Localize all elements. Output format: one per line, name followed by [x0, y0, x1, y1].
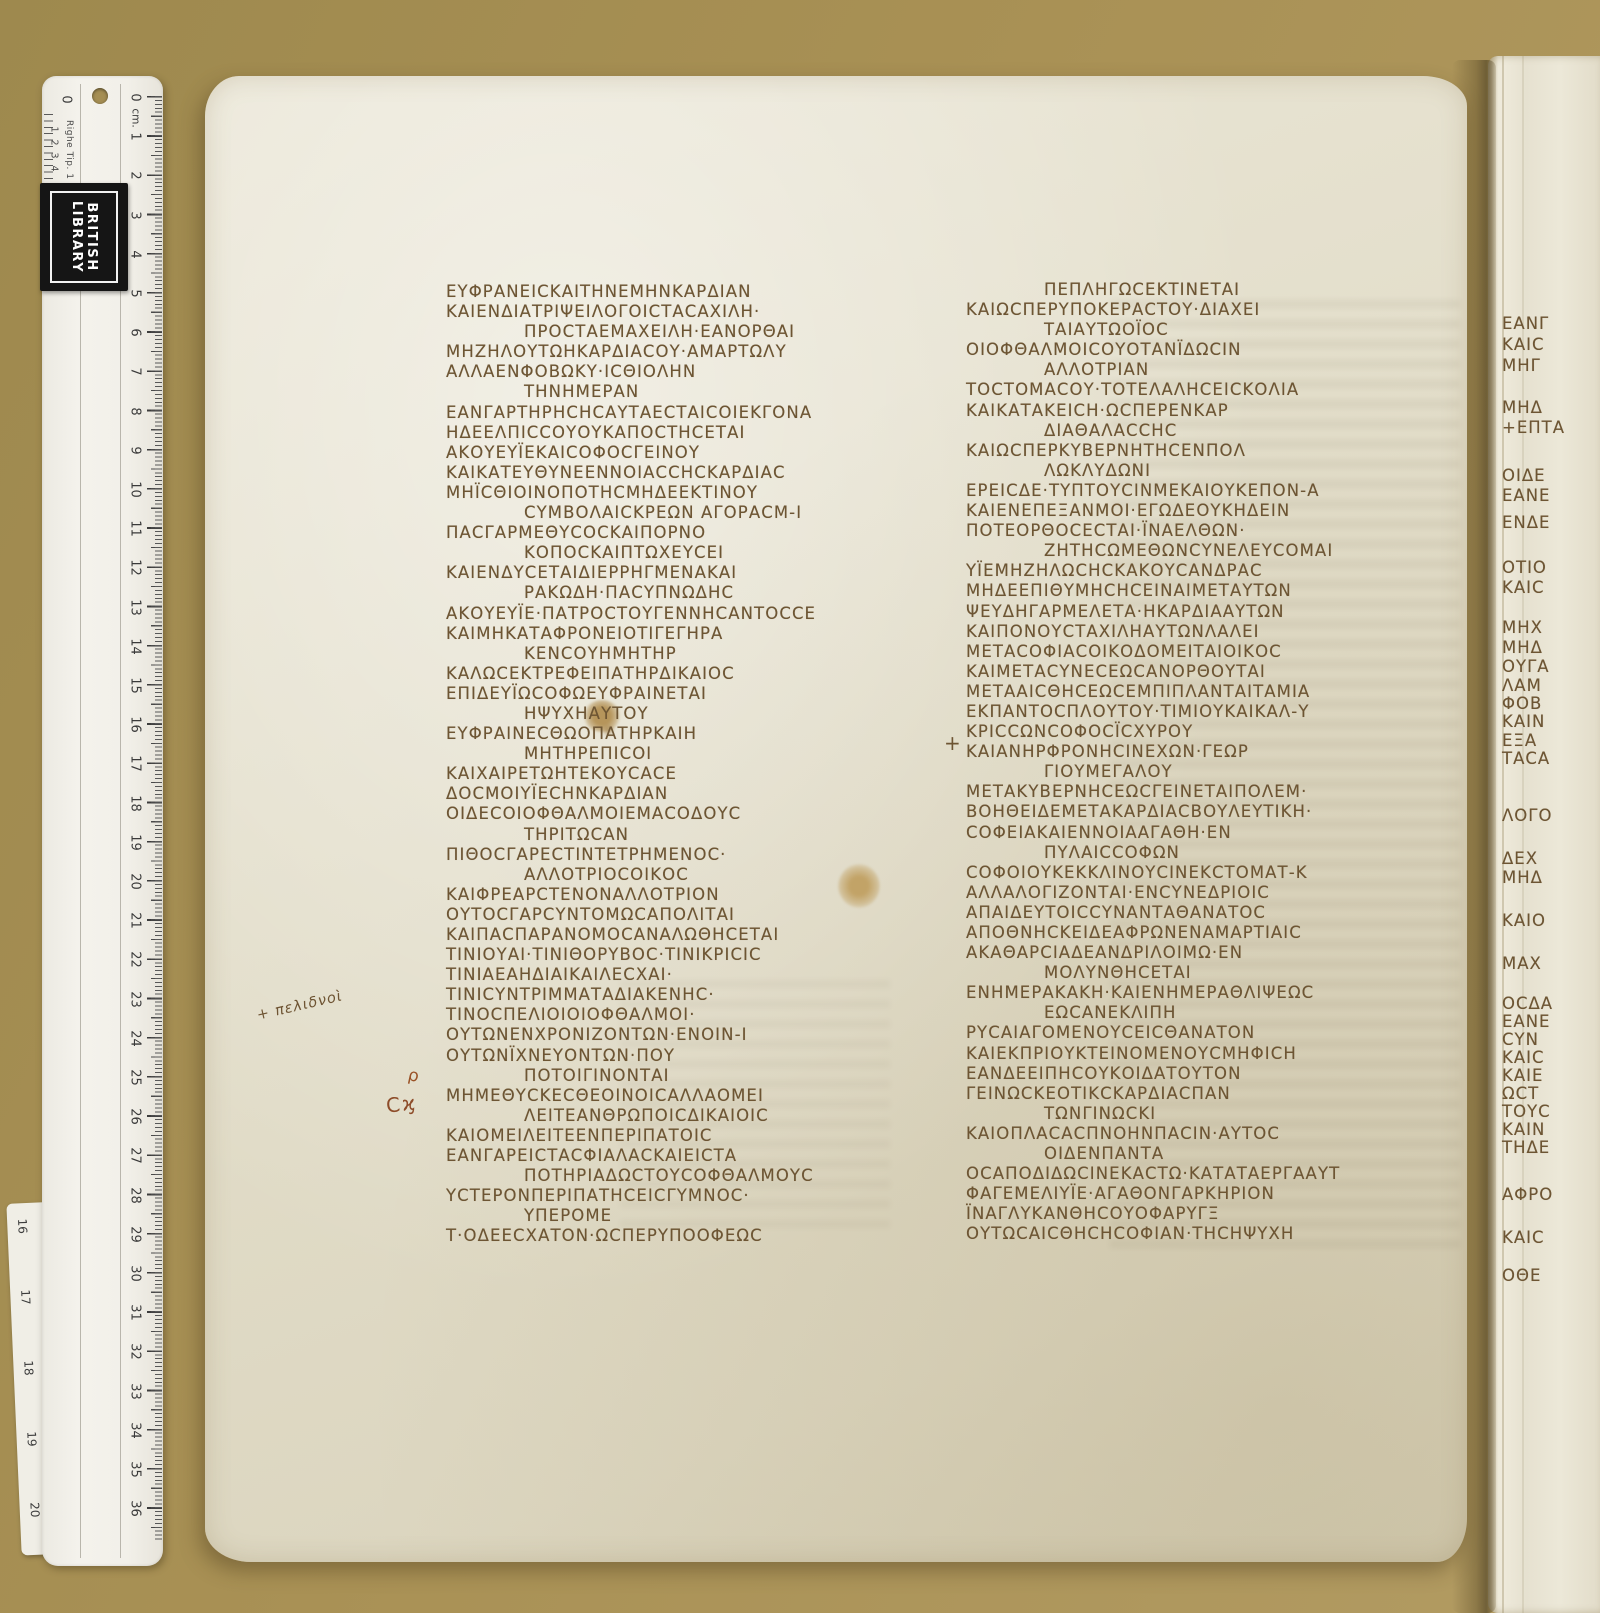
text-line: ΜΗΖΗΛΟΥΤΩΗΚΑΡΔΙΑϹΟΥ·ΑΜΑΡΤΩΛΥ: [446, 342, 816, 362]
text-line: ΤΗΝΗΜΕΡΑΝ: [524, 382, 816, 402]
ruler-number: 23: [128, 990, 143, 1008]
text-line: ΚΑΙΚΑΤΕΥΘΥΝΕΕΝΝΟΙΑϹϹΗϹΚΑΡΔΙΑϹ: [446, 463, 816, 483]
text-line: ΡΑΚΩΔΗ·ΠΑϹΥΠΝΩΔΗϹ: [524, 583, 816, 603]
ruler-number: 31: [128, 1304, 143, 1322]
text-line: ΜΗΔ: [1502, 638, 1543, 657]
text-line: ΔΕΧ: [1502, 849, 1538, 868]
text-line: ΔΙΑΘΑΛΑϹϹΗϹ: [1044, 421, 1340, 441]
text-line: Τ·ΟΔΕΕϹΧΑΤΟΝ·ΩϹΠΕΡΥΠΟΟΦΕΩϹ: [446, 1226, 816, 1246]
text-line: ΛΩΚΛΥΔΩΝΙ: [1044, 461, 1340, 481]
text-line: ΠΕΠΛΗΓΩϹΕΚΤΙΝΕΤΑΙ: [1044, 280, 1340, 300]
text-line: ΨΕΥΔΗΓΑΡΜΕΛΕΤΑ·ΗΚΑΡΔΙΑΑΥΤΩΝ: [966, 602, 1340, 622]
text-line: ΟΥΤΩΝΕΝΧΡΟΝΙΖΟΝΤΩΝ·ΕΝΟΙΝ-Ι: [446, 1025, 816, 1045]
text-line: ΠΟΤΟΙΓΙΝΟΝΤΑΙ: [524, 1066, 816, 1086]
text-line: ΚΑΙϹ: [1502, 1048, 1545, 1067]
text-line: ΚΑΙΠΑϹΠΑΡΑΝΟΜΟϹΑΝΑΛΩΘΗϹΕΤΑΙ: [446, 925, 816, 945]
ruler-number: 2: [49, 137, 60, 149]
text-line: ΠΟΤΗΡΙΑΔΩϹΤΟΥϹΟΦΘΑΛΜΟΥϹ: [524, 1166, 816, 1186]
text-line: ΜΗΓ: [1502, 356, 1541, 375]
ruler-number: 5: [128, 285, 143, 303]
facing-page-edge: [1488, 56, 1600, 1613]
text-line: ΜΗΜΕΘΥϹΚΕϹΘΕΟΙΝΟΙϹΑΛΛΑΟΜΕΙ: [446, 1086, 816, 1106]
text-line: ΔΟϹΜΟΙΥΪΕϹΗΝΚΑΡΔΙΑΝ: [446, 784, 816, 804]
margin-siglum: Ϲϗ: [385, 1090, 419, 1117]
ruler-number: 13: [128, 598, 143, 616]
text-line: ΕΥΦΡΑΝΕΙϹΚΑΙΤΗΝΕΜΗΝΚΑΡΔΙΑΝ: [446, 282, 816, 302]
ruler-number: 16: [15, 1217, 30, 1236]
text-column-2: ΠΕΠΛΗΓΩϹΕΚΤΙΝΕΤΑΙΚΑΙΩϹΠΕΡΥΠΟΚΕΡΑϹΤΟΥ·ΔΙΑ…: [966, 280, 1340, 1245]
text-line: ΖΗΤΗϹΩΜΕΘΩΝϹΥΝΕΛΕΥϹΟΜΑΙ: [1044, 541, 1340, 561]
ruler-hang-hole: [92, 88, 108, 104]
text-line: ΑΚΟΥΕΥΪΕ·ΠΑΤΡΟϹΤΟΥΓΕΝΝΗϹΑΝΤΟϹϹΕ: [446, 604, 816, 624]
text-line: ΚΑΙΝ: [1502, 1120, 1545, 1139]
text-line: ΠΑϹΓΑΡΜΕΘΥϹΟϹΚΑΙΠΟΡΝΟ: [446, 523, 816, 543]
text-line: ΟΘΕ: [1502, 1266, 1541, 1285]
text-line: ΚΑΙΠΟΝΟΥϹΤΑΧΙΛΗΑΥΤΩΝΛΑΛΕΙ: [966, 622, 1340, 642]
ruler-divider: [120, 84, 121, 1558]
text-line: ΚΡΙϹϹΩΝϹΟΦΟϹΪϹΧΥΡΟΥ: [966, 722, 1340, 742]
ruler-number: 14: [128, 637, 143, 655]
page-crease: [1522, 56, 1524, 1613]
text-line: ΚΕΝϹΟΥΗΜΗΤΗΡ: [524, 644, 816, 664]
text-line: ΕΡΕΙϹΔΕ·ΤΥΠΤΟΥϹΙΝΜΕΚΑΙΟΥΚΕΠΟΝ-Α: [966, 481, 1340, 501]
text-line: ΜΗΔ: [1502, 398, 1543, 417]
ruler-number: 35: [128, 1461, 143, 1479]
text-line: ΦΟΒ: [1502, 694, 1542, 713]
text-line: ϹΟΦΟΙΟΥΚΕΚΚΛΙΝΟΥϹΙΝΕΚϹΤΟΜΑΤ-Κ: [966, 863, 1340, 883]
ruler-number: 6: [128, 324, 143, 342]
ruler-number: 12: [128, 559, 143, 577]
text-line: ΤΙΝΙΑΕΑΗΔΙΑΙΚΑΙΛΕϹΧΑΙ·: [446, 965, 816, 985]
text-line: ΜΗΧ: [1502, 618, 1543, 637]
text-line: ΜΑΧ: [1502, 954, 1542, 973]
text-line: ΑΠΟΘΝΗϹΚΕΙΔΕΑΦΡΩΝΕΝΑΜΑΡΤΙΑΙϹ: [966, 923, 1340, 943]
text-line: ΟϹΔΑ: [1502, 994, 1553, 1013]
parchment-stain: [838, 864, 880, 908]
text-line: ΚΟΠΟϹΚΑΙΠΤΩΧΕΥϹΕΙ: [524, 543, 816, 563]
text-line: ΚΑΙΜΗΚΑΤΑΦΡΟΝΕΙΟΤΙΓΕΓΗΡΑ: [446, 624, 816, 644]
text-line: ΕΠΙΔΕΥΪΩϹΟΦΩΕΥΦΡΑΙΝΕΤΑΙ: [446, 684, 816, 704]
text-line: ΚΑΙΜΕΤΑϹΥΝΕϹΕΩϹΑΝΟΡΘΟΥΤΑΙ: [966, 662, 1340, 682]
text-line: ΥϹΤΕΡΟΝΠΕΡΙΠΑΤΗϹΕΙϹΓΥΜΝΟϹ·: [446, 1186, 816, 1206]
text-line: ΑΛΛΟΤΡΙΑΝ: [1044, 360, 1340, 380]
text-line: ΤΗΔΕ: [1502, 1138, 1550, 1157]
text-line: ΚΑΙΟΠΛΑϹΑϹΠΝΟΗΝΠΑϹΙΝ·ΑΥΤΟϹ: [966, 1124, 1340, 1144]
ruler-number: 3: [128, 206, 143, 224]
text-line: ΜΗΪϹΘΙΟΙΝΟΠΟΤΗϹΜΗΔΕΕΚΤΙΝΟΥ: [446, 483, 816, 503]
text-line: ΑΚΟΥΕΥΪΕΚΑΙϹΟΦΟϹΓΕΙΝΟΥ: [446, 443, 816, 463]
text-line: ΑΦΡΟ: [1502, 1185, 1553, 1204]
ruler-number: 17: [128, 755, 143, 773]
ruler-number: 16: [128, 716, 143, 734]
text-line: ΤΩΝΓΙΝΩϹΚΙ: [1044, 1104, 1340, 1124]
text-line: ΟΥΤΩΝΪΧΝΕΥΟΝΤΩΝ·ΠΟΥ: [446, 1046, 816, 1066]
text-line: ΗΨΥΧΗΑΥΤΟΥ: [524, 704, 816, 724]
text-line: +ΕΠΤΑ: [1502, 418, 1565, 437]
text-line: ΚΑΙΕΚΠΡΙΟΥΚΤΕΙΝΟΜΕΝΟΥϹΜΗΦΙϹΗ: [966, 1044, 1340, 1064]
text-line: ΚΑΙΩϹΠΕΡΚΥΒΕΡΝΗΤΗϹΕΝΠΟΛ: [966, 441, 1340, 461]
ruler-number: 24: [128, 1029, 143, 1047]
text-line: ΚΑΙϹ: [1502, 578, 1545, 597]
text-line: ΚΑΙΝ: [1502, 712, 1545, 731]
ruler-number: 28: [128, 1186, 143, 1204]
text-line: ΚΑΙΟΜΕΙΛΕΙΤΕΕΝΠΕΡΙΠΑΤΟΙϹ: [446, 1126, 816, 1146]
ruler-number: 1: [128, 128, 143, 146]
text-line: ΚΑΛΩϹΕΚΤΡΕΦΕΙΠΑΤΗΡΔΙΚΑΙΟϹ: [446, 664, 816, 684]
page-crease: [1502, 56, 1504, 1613]
text-line: ΜΗΔ: [1502, 868, 1543, 887]
ruler-number: 29: [128, 1225, 143, 1243]
text-line: ΤΙΝΟϹΠΕΛΙΟΙΟΙΟΦΘΑΛΜΟΙ·: [446, 1005, 816, 1025]
ruler-number: 26: [128, 1108, 143, 1126]
ruler-number: 0: [128, 89, 143, 107]
brand-line: LIBRARY: [69, 201, 84, 273]
ruler-number: 1: [49, 124, 60, 136]
text-line: ΛΕΙΤΕΑΝΘΡΩΠΟΙϹΔΙΚΑΙΟΙϹ: [524, 1106, 816, 1126]
text-column-1: ΕΥΦΡΑΝΕΙϹΚΑΙΤΗΝΕΜΗΝΚΑΡΔΙΑΝΚΑΙΕΝΔΙΑΤΡΙΨΕΙ…: [446, 282, 816, 1247]
text-line: ΕΑΝΕ: [1502, 486, 1550, 505]
text-line: ΠΥΛΑΙϹϹΟΦΩΝ: [1044, 843, 1340, 863]
text-line: ΓΙΟΥΜΕΓΑΛΟΥ: [1044, 762, 1340, 782]
text-line: ΟΙΔΕΝΠΑΝΤΑ: [1044, 1144, 1340, 1164]
ruler-number: 18: [21, 1359, 36, 1378]
text-line: ΕΞΑ: [1502, 731, 1537, 750]
ruler: 0 Righe Tip. 1 cm. 1234 0123456789101112…: [42, 76, 163, 1566]
ruler-number: 36: [128, 1500, 143, 1518]
ruler-number: 22: [128, 951, 143, 969]
ruler-number: 19: [24, 1430, 39, 1449]
text-line: ΕΚΠΑΝΤΟϹΠΛΟΥΤΟΥ·ΤΙΜΙΟΥΚΑΙΚΑΛ-Υ: [966, 702, 1340, 722]
ruler-number: 3: [49, 150, 60, 162]
text-line: ΦΑΓΕΜΕΛΙΥΪΕ·ΑΓΑΘΟΝΓΑΡΚΗΡΙΟΝ: [966, 1184, 1340, 1204]
text-line: ΚΑΙΕΝΔΥϹΕΤΑΙΔΙΕΡΡΗΓΜΕΝΑΚΑΙ: [446, 563, 816, 583]
text-line: ΠΙΘΟϹΓΑΡΕϹΤΙΝΤΕΤΡΗΜΕΝΟϹ·: [446, 845, 816, 865]
text-line: ΚΑΙϹ: [1502, 1228, 1545, 1247]
text-line: ΕΑΝΓ: [1502, 314, 1549, 333]
ruler-number: 20: [128, 873, 143, 891]
text-line: ΜΕΤΑΑΙϹΘΗϹΕΩϹΕΜΠΙΠΛΑΝΤΑΙΤΑΜΙΑ: [966, 682, 1340, 702]
text-line: ΚΑΙϹ: [1502, 335, 1545, 354]
ruler-number: 21: [128, 912, 143, 930]
label-border: BRITISH LIBRARY: [50, 191, 118, 283]
text-line: ΤΟϹΤΟΜΑϹΟΥ·ΤΟΤΕΛΑΛΗϹΕΙϹΚΟΛΙΑ: [966, 380, 1340, 400]
text-line: ΚΑΙΟ: [1502, 911, 1546, 930]
ruler-number: 9: [128, 441, 143, 459]
ruler-number: 7: [128, 363, 143, 381]
ruler-divider: [80, 84, 81, 1558]
ruler-number: 18: [128, 794, 143, 812]
text-line: ΜΟΛΥΝΘΗϹΕΤΑΙ: [1044, 963, 1340, 983]
ruler-number: 8: [128, 402, 143, 420]
text-line: ΟΙΔΕϹΟΙΟΦΘΑΛΜΟΙΕΜΑϹΟΔΟΥϹ: [446, 804, 816, 824]
text-line: ΑΠΑΙΔΕΥΤΟΙϹϹΥΝΑΝΤΑΘΑΝΑΤΟϹ: [966, 903, 1340, 923]
text-line: ΚΑΙΩϹΠΕΡΥΠΟΚΕΡΑϹΤΟΥ·ΔΙΑΧΕΙ: [966, 300, 1340, 320]
ruler-cm-label: cm.: [130, 108, 142, 127]
text-line: ΚΑΙΑΝΗΡΦΡΟΝΗϹΙΝΕΧΩΝ·ΓΕΩΡ: [966, 742, 1340, 762]
ruler-scale-label: Righe Tip. 1: [64, 120, 74, 179]
text-line: ΕΝΗΜΕΡΑΚΑΚΗ·ΚΑΙΕΝΗΜΕΡΑΘΛΙΨΕΩϹ: [966, 983, 1340, 1003]
margin-cross-mark: +: [944, 731, 961, 755]
text-line: ΡΥϹΑΙΑΓΟΜΕΝΟΥϹΕΙϹΘΑΝΑΤΟΝ: [966, 1023, 1340, 1043]
text-line: ΜΗΔΕΕΠΙΘΥΜΗϹΗϹΕΙΝΑΙΜΕΤΑΥΤΩΝ: [966, 581, 1340, 601]
text-line: ΕΑΝΔΕΕΙΠΗϹΟΥΚΟΙΔΑΤΟΥΤΟΝ: [966, 1064, 1340, 1084]
text-line: ΟΙΟΦΘΑΛΜΟΙϹΟΥΟΤΑΝΪΔΩϹΙΝ: [966, 340, 1340, 360]
ruler-number: 33: [128, 1382, 143, 1400]
text-line: ΚΑΙΦΡΕΑΡϹΤΕΝΟΝΑΛΛΟΤΡΙΟΝ: [446, 885, 816, 905]
text-line: ΓΕΙΝΩϹΚΕΟΤΙΚϹΚΑΡΔΙΑϹΠΑΝ: [966, 1084, 1340, 1104]
text-line: ΥΠΕΡΟΜΕ: [524, 1206, 816, 1226]
text-line: ΛΑΜ: [1502, 676, 1542, 695]
brand-line: BRITISH: [84, 201, 99, 273]
text-line: ΒΟΗΘΕΙΔΕΜΕΤΑΚΑΡΔΙΑϹΒΟΥΛΕΥΤΙΚΗ·: [966, 802, 1340, 822]
text-line: ΠΡΟϹΤΑΕΜΑΧΕΙΛΗ·ΕΑΝΟΡΘΑΙ: [524, 322, 816, 342]
ruler-number: 25: [128, 1069, 143, 1087]
text-line: ΩϹΤ: [1502, 1084, 1539, 1103]
ruler-number: 20: [27, 1501, 42, 1520]
text-line: ΕΑΝΓΑΡΕΙϹΤΑϹΦΙΑΛΑϹΚΑΙΕΙϹΤΑ: [446, 1146, 816, 1166]
text-line: ΤΑϹΑ: [1502, 749, 1550, 768]
text-line: ΤΙΝΙϹΥΝΤΡΙΜΜΑΤΑΔΙΑΚΕΝΗϹ·: [446, 985, 816, 1005]
text-line: ΕΑΝΓΑΡΤΗΡΗϹΗϹΑΥΤΑΕϹΤΑΙϹΟΙΕΚΓΟΝΑ: [446, 403, 816, 423]
text-line: ΕΥΦΡΑΙΝΕϹΘΩΟΠΑΤΗΡΚΑΙΗ: [446, 724, 816, 744]
text-line: ΠΟΤΕΟΡΘΟϹΕϹΤΑΙ·ΪΝΑΕΛΘΩΝ·: [966, 521, 1340, 541]
text-line: ΤΟΥϹ: [1502, 1102, 1551, 1121]
text-line: ΚΑΙΚΑΤΑΚΕΙϹΗ·ΩϹΠΕΡΕΝΚΑΡ: [966, 401, 1340, 421]
ruler-mm-ticks: [155, 96, 162, 1542]
text-line: ΚΑΙΕ: [1502, 1066, 1543, 1085]
text-line: ΑΛΛΟΤΡΙΟϹΟΙΚΟϹ: [524, 865, 816, 885]
text-line: ϹΥΜΒΟΛΑΙϹΚΡΕΩΝ ΑΓΟΡΑϹΜ-Ι: [524, 503, 816, 523]
ruler-number: 19: [128, 833, 143, 851]
text-line: ΚΑΙΧΑΙΡΕΤΩΗΤΕΚΟΥϹΑϹΕ: [446, 764, 816, 784]
text-line: ΤΙΝΙΟΥΑΙ·ΤΙΝΙΘΟΡΥΒΟϹ·ΤΙΝΙΚΡΙϹΙϹ: [446, 945, 816, 965]
text-line: ΪΝΑΓΛΥΚΑΝΘΗϹΟΥΟΦΑΡΥΓΞ: [966, 1204, 1340, 1224]
ruler-number: 30: [128, 1265, 143, 1283]
ruler-number: 2: [128, 167, 143, 185]
text-line: ΑΚΑΘΑΡϹΙΑΔΕΑΝΔΡΙΛΟΙΜΩ·ΕΝ: [966, 943, 1340, 963]
text-line: ϹΟΦΕΙΑΚΑΙΕΝΝΟΙΑΑΓΑΘΗ·ΕΝ: [966, 823, 1340, 843]
ruler-zero-label: 0: [59, 95, 74, 103]
text-line: ΟΥΓΑ: [1502, 657, 1550, 676]
text-line: ΟϹΑΠΟΔΙΔΩϹΙΝΕΚΑϹΤΩ·ΚΑΤΑΤΑΕΡΓΑΑΥΤ: [966, 1164, 1340, 1184]
text-line: ΟΥΤΟϹΓΑΡϹΥΝΤΟΜΩϹΑΠΟΛΙΤΑΙ: [446, 905, 816, 925]
text-line: ΑΛΛΑΕΝΦΟΒΩΚΥ·ΙϹΘΙΟΛΗΝ: [446, 362, 816, 382]
ruler-number: 11: [128, 520, 143, 538]
ruler-number: 4: [49, 163, 60, 175]
ruler-number: 17: [18, 1288, 33, 1307]
text-line: ΕΝΔΕ: [1502, 513, 1550, 532]
text-line: ΚΑΙΕΝΔΙΑΤΡΙΨΕΙΛΟΓΟΙϹΤΑϹΑΧΙΛΗ·: [446, 302, 816, 322]
text-line: ΟΙΔΕ: [1502, 466, 1546, 485]
text-line: ΟΥΤΩϹΑΙϹΘΗϹΗϹΟΦΙΑΝ·ΤΗϹΗΨΥΧΗ: [966, 1224, 1340, 1244]
text-line: ΑΛΛΑΛΟΓΙΖΟΝΤΑΙ·ΕΝϹΥΝΕΔΡΙΟΙϹ: [966, 883, 1340, 903]
text-line: ΜΕΤΑΚΥΒΕΡΝΗϹΕΩϹΓΕΙΝΕΤΑΙΠΟΛΕΜ·: [966, 782, 1340, 802]
text-line: ΥΪΕΜΗΖΗΛΩϹΗϹΚΑΚΟΥϹΑΝΔΡΑϹ: [966, 561, 1340, 581]
text-line: ϹΥΝ: [1502, 1030, 1539, 1049]
text-line: ΤΑΙΑΥΤΩΟΪΟϹ: [1044, 320, 1340, 340]
ruler-number: 32: [128, 1343, 143, 1361]
ruler-number: 10: [128, 481, 143, 499]
text-line: ΟΤΙΟ: [1502, 558, 1547, 577]
text-line: ΛΟΓΟ: [1502, 806, 1552, 825]
british-library-label: BRITISH LIBRARY: [40, 183, 128, 291]
text-line: ΕΑΝΕ: [1502, 1012, 1550, 1031]
text-line: ΤΗΡΙΤΩϹΑΝ: [524, 825, 816, 845]
ruler-number: 4: [128, 245, 143, 263]
ruler-number: 15: [128, 677, 143, 695]
ruler-number: 34: [128, 1421, 143, 1439]
text-line: ΗΔΕΕΛΠΙϹϹΟΥΟΥΚΑΠΟϹΤΗϹΕΤΑΙ: [446, 423, 816, 443]
text-line: ΚΑΙΕΝΕΠΕΞΑΝΜΟΙ·ΕΓΩΔΕΟΥΚΗΔΕΙΝ: [966, 501, 1340, 521]
text-line: ΜΗΤΗΡΕΠΙϹΟΙ: [524, 744, 816, 764]
text-line: ΕΩϹΑΝΕΚΛΙΠΗ: [1044, 1003, 1340, 1023]
ruler-number: 27: [128, 1147, 143, 1165]
text-line: ΜΕΤΑϹΟΦΙΑϹΟΙΚΟΔΟΜΕΙΤΑΙΟΙΚΟϹ: [966, 642, 1340, 662]
